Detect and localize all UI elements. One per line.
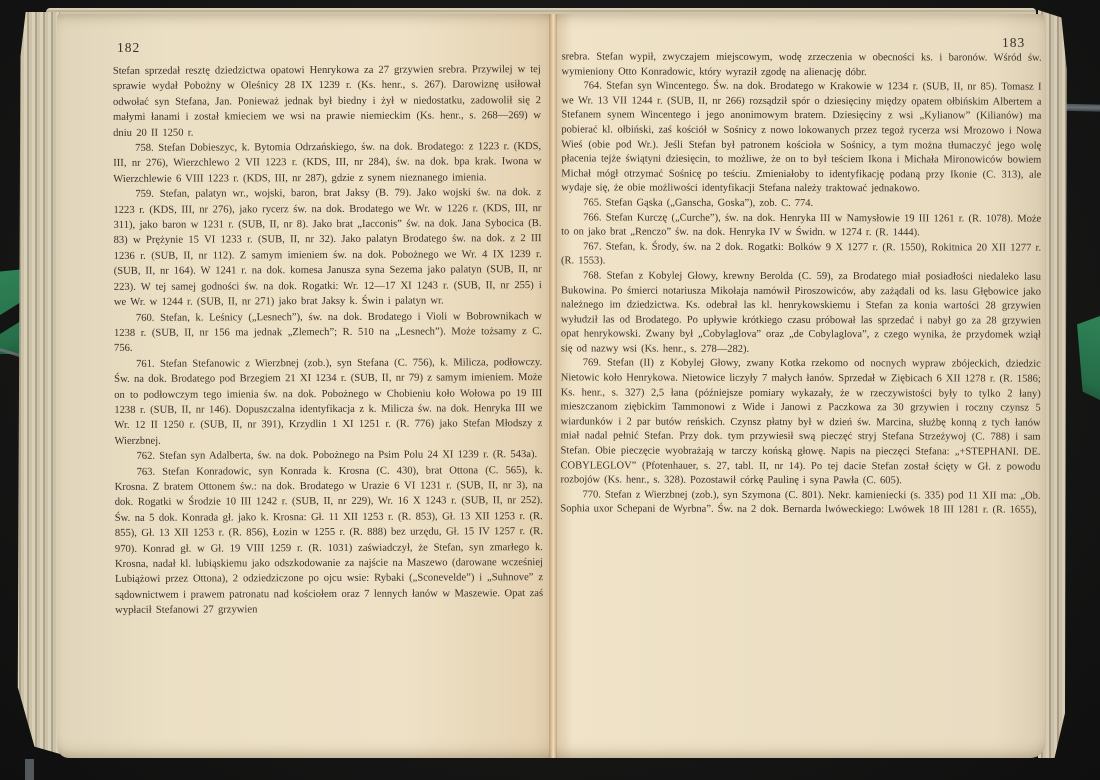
paragraph: 769. Stefan (II) z Kobylej Głowy, zwany … — [560, 357, 1040, 490]
paragraph: 763. Stefan Konradowic, syn Konrada k. K… — [115, 463, 544, 619]
paragraph: 765. Stefan Gąska („Ganscha, Goska”), zo… — [561, 196, 1041, 212]
right-page-text-column: srebra. Stefan wypił, zwyczajem miejscow… — [560, 50, 1041, 518]
page-number-right: 183 — [1002, 35, 1025, 51]
paragraph: 770. Stefan z Wierzbnej (zob.), syn Szym… — [560, 488, 1040, 518]
paragraph: 766. Stefan Kurczę („Curche”), św. na do… — [561, 211, 1041, 241]
paragraph: 762. Stefan syn Adalberta, św. na dok. P… — [114, 447, 542, 464]
paragraph: 764. Stefan syn Wincentego. Św. na dok. … — [561, 80, 1041, 198]
paragraph: 767. Stefan, k. Środy, św. na 2 dok. Rog… — [561, 240, 1041, 270]
photo-background: 182 183 Stefan sprzedał resztę dziedzict… — [0, 0, 1100, 780]
paragraph: 761. Stefan Stefanowic z Wierzbnej (zob.… — [114, 355, 542, 449]
open-book: 182 183 Stefan sprzedał resztę dziedzict… — [0, 0, 1100, 780]
paragraph: srebra. Stefan wypił, zwyczajem miejscow… — [562, 50, 1042, 80]
paragraph: 760. Stefan, k. Leśnicy („Lesnech”), św.… — [114, 309, 542, 357]
book-fore-edge-left — [16, 12, 60, 754]
paragraph: 768. Stefan z Kobylej Głowy, krewny Bero… — [561, 269, 1041, 358]
page-number-left: 182 — [117, 40, 140, 56]
paragraph: 759. Stefan, palatyn wr., wojski, baron,… — [113, 185, 542, 310]
left-page-text-column: Stefan sprzedał resztę dziedzictwa opato… — [113, 62, 543, 618]
paragraph: Stefan sprzedał resztę dziedzictwa opato… — [113, 62, 541, 141]
paragraph: 758. Stefan Dobieszyc, k. Bytomia Odrzań… — [113, 139, 541, 187]
book-gutter — [549, 14, 557, 758]
